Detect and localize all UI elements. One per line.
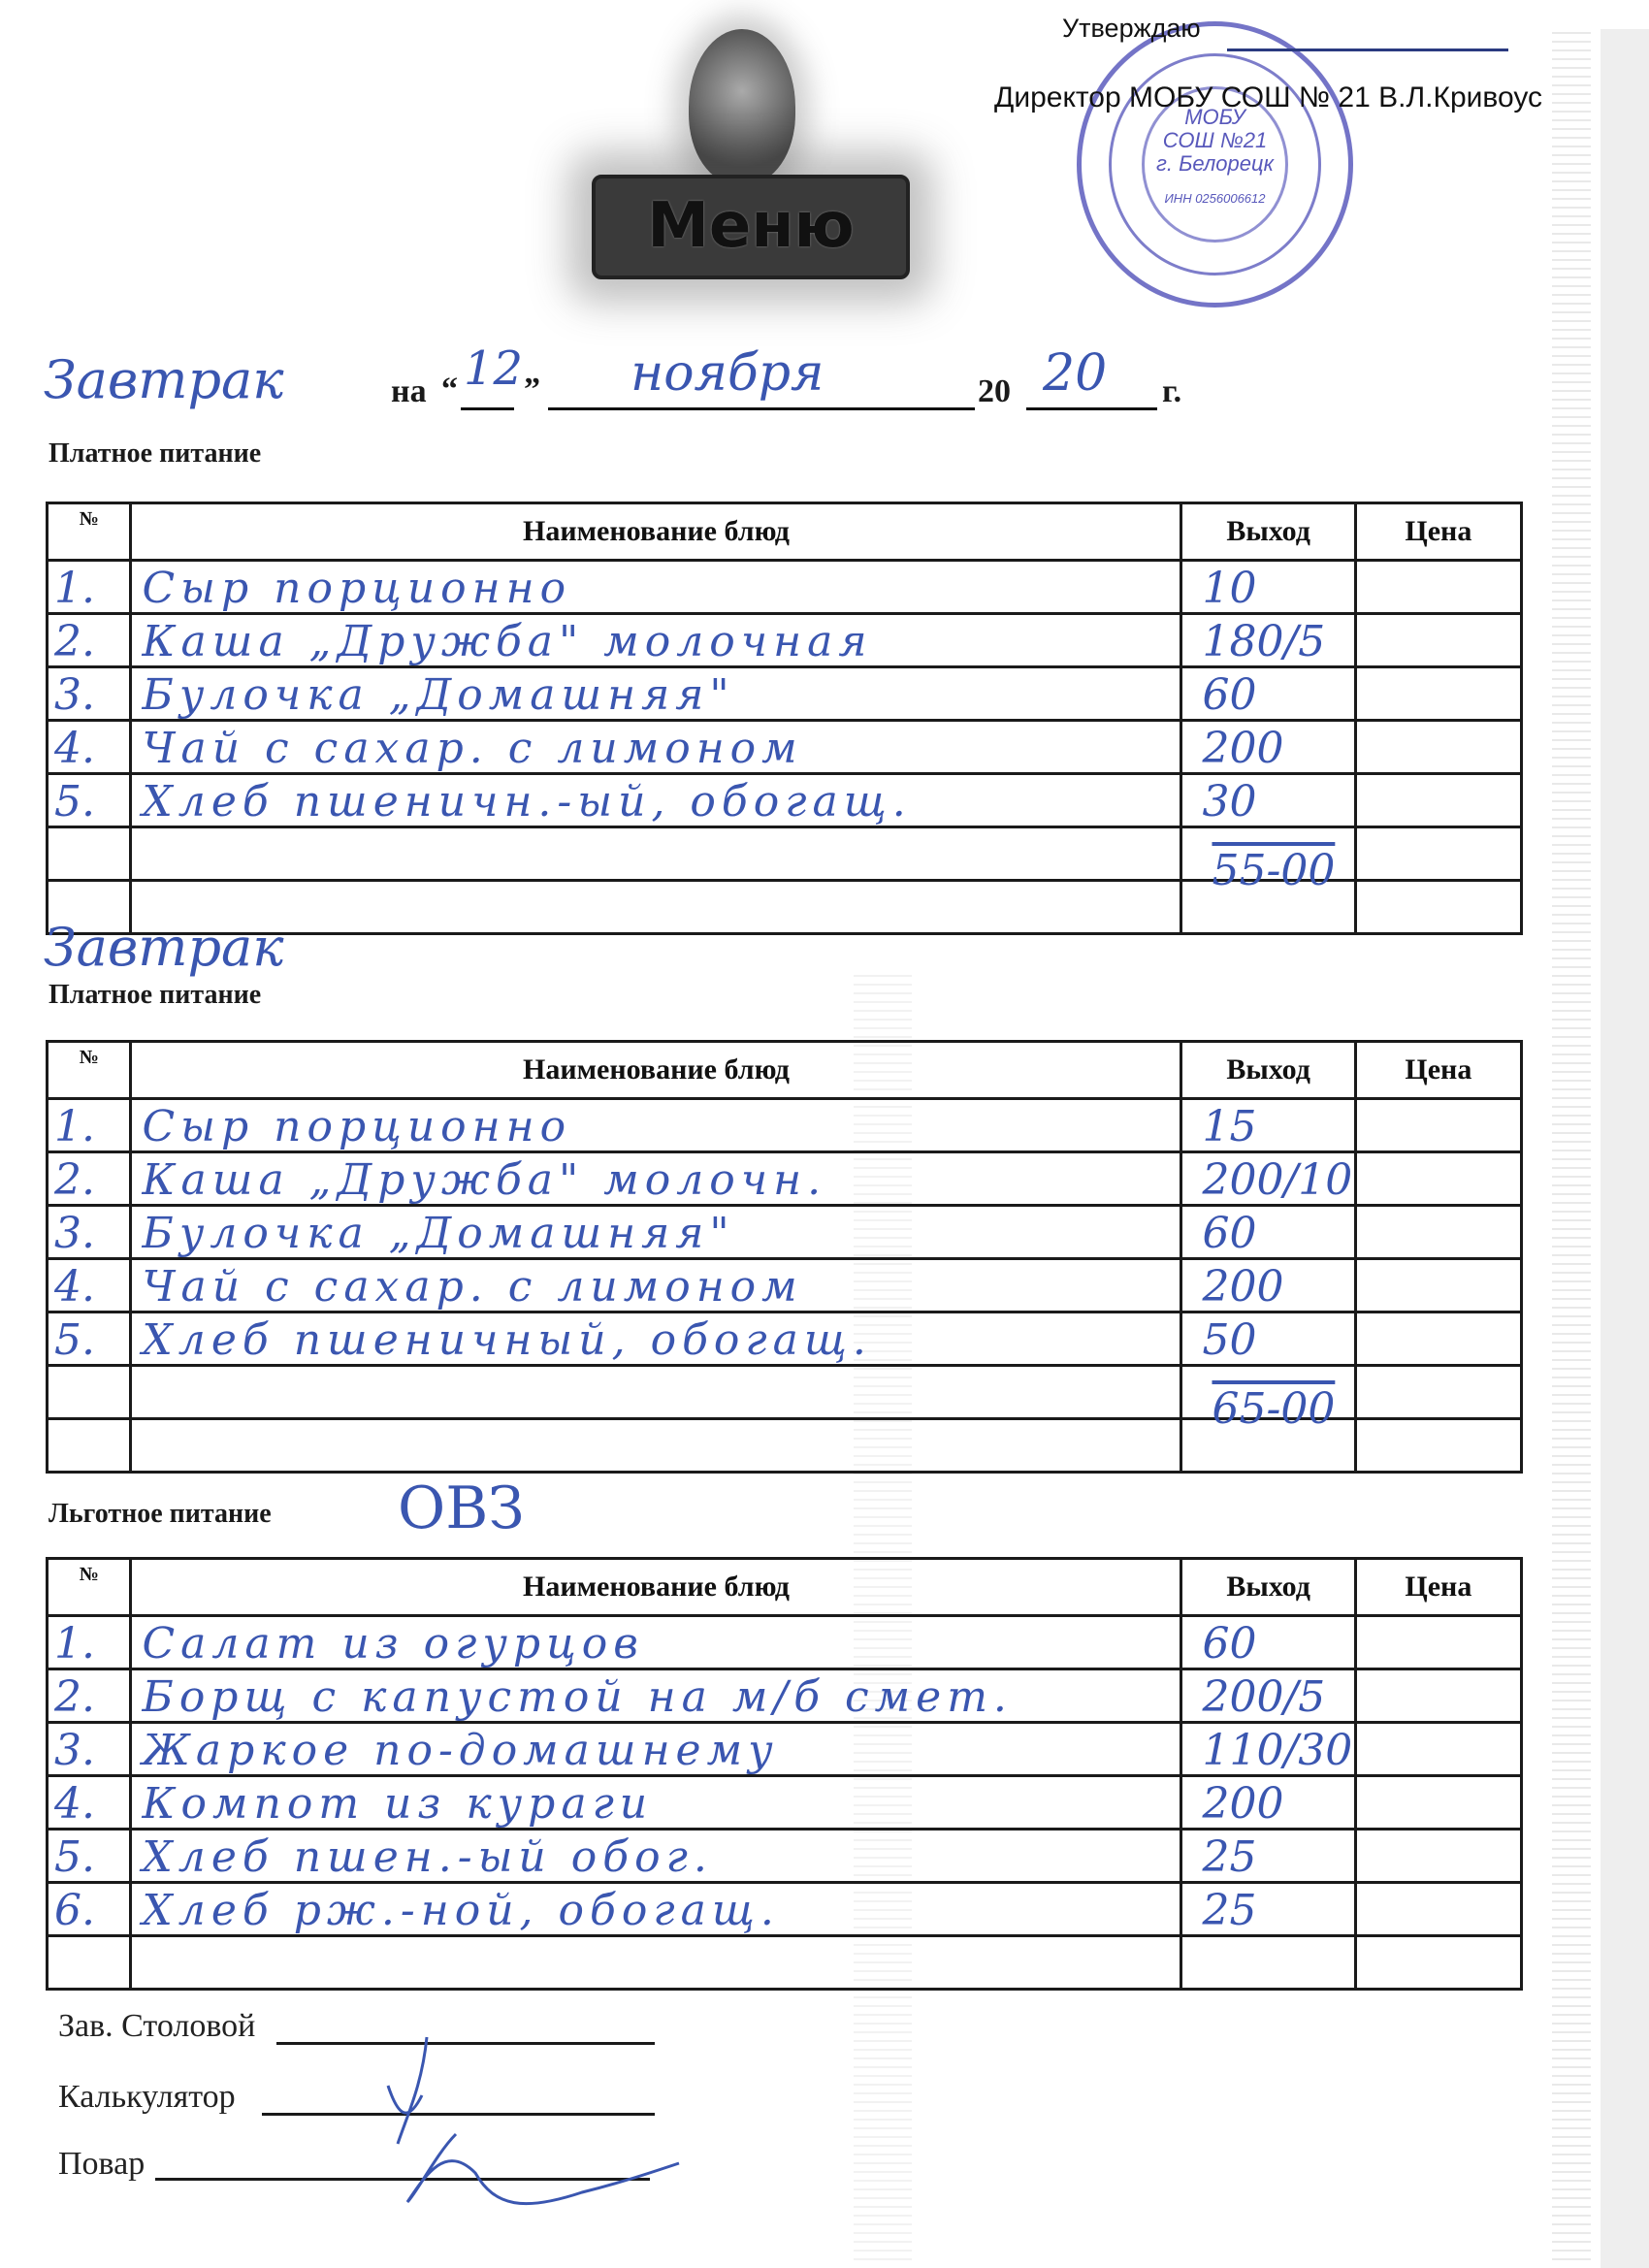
table-header: № Наименование блюд Выход Цена xyxy=(48,1042,1522,1099)
dish-name: Компот из кураги xyxy=(142,1783,653,1826)
dish-name-cell: Сыр порционно xyxy=(131,1099,1181,1152)
dish-output: 30 xyxy=(1202,781,1256,824)
row-number-cell: 3. xyxy=(48,1723,131,1776)
date-year-prefix: 20 xyxy=(978,373,1011,410)
dish-output-cell: 65-00 xyxy=(1181,1366,1355,1419)
approve-signature-line xyxy=(1227,49,1508,51)
row-number: 3. xyxy=(54,674,95,717)
dish-output: 60 xyxy=(1202,674,1256,717)
director-line: Директор МОБУ СОШ № 21 В.Л.Кривоус xyxy=(994,81,1542,114)
row-number-cell xyxy=(48,1419,131,1473)
section-label-3: Льготное питание xyxy=(48,1499,272,1530)
dish-price-cell xyxy=(1355,1099,1521,1152)
dish-name-cell: Булочка „Домашняя" xyxy=(131,1206,1181,1259)
dish-output: 15 xyxy=(1202,1106,1256,1149)
row-number: 2. xyxy=(54,621,95,664)
row-number-cell: 1. xyxy=(48,1099,131,1152)
dish-name: Чай с сахар. с лимоном xyxy=(142,728,802,770)
dish-name-cell: Хлеб пшеничный, обогащ. xyxy=(131,1312,1181,1366)
row-number: 1. xyxy=(54,1106,95,1149)
dish-name-cell xyxy=(131,827,1181,881)
logo-board: Меню xyxy=(592,175,910,279)
dish-output: 60 xyxy=(1202,1213,1256,1255)
dish-name-cell: Салат из огурцов xyxy=(131,1616,1181,1669)
row-number-cell xyxy=(48,827,131,881)
col-output: Выход xyxy=(1181,1559,1355,1616)
row-number: 2. xyxy=(54,1676,95,1719)
dish-output-cell: 200 xyxy=(1181,1776,1355,1830)
table-row: 5.Хлеб пшеничный, обогащ.50 xyxy=(48,1312,1522,1366)
date-prefix: на xyxy=(391,373,427,410)
table-row: 3.Жаркое по-домашнему110/30 xyxy=(48,1723,1522,1776)
dish-name-cell: Борщ с капустой на м/б смет. xyxy=(131,1669,1181,1723)
row-number-cell: 5. xyxy=(48,774,131,827)
dish-price-cell xyxy=(1355,721,1521,774)
col-num: № xyxy=(48,1042,131,1099)
table-row: 2.Борщ с капустой на м/б смет.200/5 xyxy=(48,1669,1522,1723)
dish-name-cell: Сыр порционно xyxy=(131,561,1181,614)
dish-name-cell: Хлеб пшеничн.-ый, обогащ. xyxy=(131,774,1181,827)
signature-label-cook: Повар xyxy=(58,2146,145,2183)
dish-output: 60 xyxy=(1202,1623,1256,1666)
dish-name: Сыр порционно xyxy=(142,567,571,610)
table-row xyxy=(48,1936,1522,1990)
col-name: Наименование блюд xyxy=(131,1042,1181,1099)
menu-table-2: № Наименование блюд Выход Цена 1.Сыр пор… xyxy=(46,1040,1523,1474)
dish-output: 180/5 xyxy=(1202,621,1325,664)
dish-output-cell: 30 xyxy=(1181,774,1355,827)
dish-output-cell: 60 xyxy=(1181,1616,1355,1669)
dish-output: 50 xyxy=(1202,1319,1256,1362)
row-number: 3. xyxy=(54,1213,95,1255)
dish-price-cell xyxy=(1355,667,1521,721)
dish-name-cell: Хлеб рж.-ной, обогащ. xyxy=(131,1883,1181,1936)
dish-price-cell xyxy=(1355,1366,1521,1419)
meal-title-2: Завтрак xyxy=(44,917,283,978)
table-row: 1.Сыр порционно10 xyxy=(48,561,1522,614)
dish-name-cell xyxy=(131,1936,1181,1990)
dish-price-cell xyxy=(1355,1936,1521,1990)
row-number-cell: 4. xyxy=(48,721,131,774)
row-number: 4. xyxy=(54,1266,95,1309)
table-row: 6.Хлеб рж.-ной, обогащ.25 xyxy=(48,1883,1522,1936)
dish-output-cell: 200/5 xyxy=(1181,1669,1355,1723)
dish-price-cell xyxy=(1355,827,1521,881)
dish-output-cell: 25 xyxy=(1181,1830,1355,1883)
dish-name: Хлеб пшеничный, обогащ. xyxy=(142,1319,871,1362)
dish-price-cell xyxy=(1355,1723,1521,1776)
dish-name-cell xyxy=(131,1419,1181,1473)
row-number-cell: 3. xyxy=(48,667,131,721)
stamp-line3: г. Белорецк xyxy=(1082,152,1348,176)
date-suffix: г. xyxy=(1162,373,1181,410)
dish-output: 200 xyxy=(1202,1266,1283,1309)
menu-logo: Меню xyxy=(553,29,941,301)
col-name: Наименование блюд xyxy=(131,503,1181,561)
table-header: № Наименование блюд Выход Цена xyxy=(48,503,1522,561)
dish-name-cell: Каша „Дружба" молочн. xyxy=(131,1152,1181,1206)
date-day-line xyxy=(461,407,514,410)
dish-output-cell: 50 xyxy=(1181,1312,1355,1366)
scan-noise xyxy=(1552,29,1591,2260)
dish-name: Булочка „Домашняя" xyxy=(142,1213,734,1255)
dish-output-cell xyxy=(1181,881,1355,934)
dish-name-cell: Булочка „Домашняя" xyxy=(131,667,1181,721)
dish-output-cell xyxy=(1181,1936,1355,1990)
dish-output-cell: 60 xyxy=(1181,1206,1355,1259)
dish-price-cell xyxy=(1355,1776,1521,1830)
dish-price-cell xyxy=(1355,1259,1521,1312)
row-number-cell: 1. xyxy=(48,561,131,614)
table-row: 5.Хлеб пшеничн.-ый, обогащ.30 xyxy=(48,774,1522,827)
dish-output: 25 xyxy=(1202,1836,1256,1879)
menu-table-1: № Наименование блюд Выход Цена 1.Сыр пор… xyxy=(46,502,1523,935)
row-number-cell: 4. xyxy=(48,1259,131,1312)
approve-label: Утверждаю xyxy=(1062,14,1201,44)
table-row: 1.Сыр порционно15 xyxy=(48,1099,1522,1152)
dish-output: 10 xyxy=(1202,567,1256,610)
dish-price-cell xyxy=(1355,1669,1521,1723)
dish-name: Жаркое по-домашнему xyxy=(142,1730,778,1772)
dish-output-cell: 15 xyxy=(1181,1099,1355,1152)
table-row xyxy=(48,1419,1522,1473)
section-label-2: Платное питание xyxy=(48,980,261,1011)
col-num: № xyxy=(48,1559,131,1616)
dish-output-cell: 200 xyxy=(1181,721,1355,774)
dish-output-cell: 200 xyxy=(1181,1259,1355,1312)
dish-name: Борщ с капустой на м/б смет. xyxy=(142,1676,1012,1719)
dish-output-cell: 200/10 xyxy=(1181,1152,1355,1206)
section-label-1: Платное питание xyxy=(48,438,261,470)
meal-title-1: Завтрак xyxy=(44,349,283,410)
col-name: Наименование блюд xyxy=(131,1559,1181,1616)
row-number: 3. xyxy=(54,1730,95,1772)
menu-table-3: № Наименование блюд Выход Цена 1.Салат и… xyxy=(46,1557,1523,1991)
signature-label-calculator: Калькулятор xyxy=(58,2079,236,2116)
row-number: 5. xyxy=(54,781,95,824)
dish-price-cell xyxy=(1355,561,1521,614)
stamp-line2: СОШ №21 xyxy=(1082,129,1348,152)
row-number-cell: 2. xyxy=(48,614,131,667)
dish-output: 200/10 xyxy=(1202,1159,1352,1202)
col-output: Выход xyxy=(1181,1042,1355,1099)
col-price: Цена xyxy=(1355,503,1521,561)
dish-price-cell xyxy=(1355,1312,1521,1366)
dish-name: Сыр порционно xyxy=(142,1106,571,1149)
dish-name: Хлеб пшен.-ый обог. xyxy=(142,1836,712,1879)
dish-name: Хлеб рж.-ной, обогащ. xyxy=(142,1890,779,1932)
chef-icon xyxy=(689,29,795,184)
table-header: № Наименование блюд Выход Цена xyxy=(48,1559,1522,1616)
table-row: 2.Каша „Дружба" молочная180/5 xyxy=(48,614,1522,667)
dish-name-cell: Каша „Дружба" молочная xyxy=(131,614,1181,667)
dish-output-cell: 180/5 xyxy=(1181,614,1355,667)
table-row: 3.Булочка „Домашняя"60 xyxy=(48,1206,1522,1259)
dish-output: 200 xyxy=(1202,728,1283,770)
row-number-cell: 1. xyxy=(48,1616,131,1669)
dish-output-cell: 110/30 xyxy=(1181,1723,1355,1776)
row-number: 2. xyxy=(54,1159,95,1202)
dish-output: 200/5 xyxy=(1202,1676,1325,1719)
table-row: 65-00 xyxy=(48,1366,1522,1419)
dish-name-cell: Компот из кураги xyxy=(131,1776,1181,1830)
dish-name: Хлеб пшеничн.-ый, обогащ. xyxy=(142,781,911,824)
date-month-line xyxy=(548,407,975,410)
dish-name: Салат из огурцов xyxy=(142,1623,643,1666)
row-number-cell: 5. xyxy=(48,1830,131,1883)
row-number-cell xyxy=(48,1366,131,1419)
date-year-line xyxy=(1026,407,1157,410)
dish-name: Чай с сахар. с лимоном xyxy=(142,1266,802,1309)
table-row: 2.Каша „Дружба" молочн.200/10 xyxy=(48,1152,1522,1206)
dish-output-cell xyxy=(1181,1419,1355,1473)
date-day: 12 xyxy=(464,341,523,396)
row-number: 1. xyxy=(54,567,95,610)
date-year-suffix: 20 xyxy=(1043,344,1107,403)
signature-label-head: Зав. Столовой xyxy=(58,2008,255,2045)
row-number: 5. xyxy=(54,1836,95,1879)
row-number-cell: 4. xyxy=(48,1776,131,1830)
dish-price-cell xyxy=(1355,1419,1521,1473)
dish-price-cell xyxy=(1355,774,1521,827)
handwritten-signature xyxy=(330,2027,698,2221)
dish-price-cell xyxy=(1355,1830,1521,1883)
row-number-cell: 6. xyxy=(48,1883,131,1936)
dish-output-cell: 55-00 xyxy=(1181,827,1355,881)
dish-price-cell xyxy=(1355,1152,1521,1206)
dish-price-cell xyxy=(1355,614,1521,667)
dish-name-cell xyxy=(131,881,1181,934)
row-number-cell: 5. xyxy=(48,1312,131,1366)
col-num: № xyxy=(48,503,131,561)
dish-name-cell: Чай с сахар. с лимоном xyxy=(131,1259,1181,1312)
col-price: Цена xyxy=(1355,1042,1521,1099)
dish-name: Булочка „Домашняя" xyxy=(142,674,734,717)
date-month: ноября xyxy=(630,344,824,403)
meal-title-3: ОВЗ xyxy=(398,1474,525,1542)
dish-output-cell: 60 xyxy=(1181,667,1355,721)
scan-edge xyxy=(1600,29,1649,2268)
logo-text: Меню xyxy=(596,190,906,262)
table-row: 55-00 xyxy=(48,827,1522,881)
table-row: 1.Салат из огурцов60 xyxy=(48,1616,1522,1669)
dish-price-cell xyxy=(1355,1206,1521,1259)
col-output: Выход xyxy=(1181,503,1355,561)
dish-price-cell xyxy=(1355,881,1521,934)
table-row: 4.Чай с сахар. с лимоном200 xyxy=(48,1259,1522,1312)
dish-output-cell: 25 xyxy=(1181,1883,1355,1936)
dish-price-cell xyxy=(1355,1616,1521,1669)
row-number-cell: 2. xyxy=(48,1669,131,1723)
row-number: 6. xyxy=(54,1890,95,1932)
dish-name: Каша „Дружба" молочная xyxy=(142,621,872,664)
row-number: 5. xyxy=(54,1319,95,1362)
row-number-cell xyxy=(48,1936,131,1990)
row-number: 1. xyxy=(54,1623,95,1666)
row-number: 4. xyxy=(54,1783,95,1826)
table-row: 4.Чай с сахар. с лимоном200 xyxy=(48,721,1522,774)
dish-output: 110/30 xyxy=(1202,1730,1352,1772)
dish-name-cell xyxy=(131,1366,1181,1419)
dish-output-cell: 10 xyxy=(1181,561,1355,614)
dish-output: 200 xyxy=(1202,1783,1283,1826)
dish-price-cell xyxy=(1355,1883,1521,1936)
table-row: 3.Булочка „Домашняя"60 xyxy=(48,667,1522,721)
stamp-inn: ИНН 0256006612 xyxy=(1082,187,1348,211)
dish-name-cell: Чай с сахар. с лимоном xyxy=(131,721,1181,774)
dish-output: 25 xyxy=(1202,1890,1256,1932)
col-price: Цена xyxy=(1355,1559,1521,1616)
row-number-cell: 3. xyxy=(48,1206,131,1259)
row-number: 4. xyxy=(54,728,95,770)
official-stamp: МОБУ СОШ №21 г. Белорецк ИНН 0256006612 xyxy=(1077,21,1353,308)
dish-name: Каша „Дружба" молочн. xyxy=(142,1159,826,1202)
table-row: 5.Хлеб пшен.-ый обог.25 xyxy=(48,1830,1522,1883)
table-row: 4.Компот из кураги200 xyxy=(48,1776,1522,1830)
dish-name-cell: Жаркое по-домашнему xyxy=(131,1723,1181,1776)
dish-name-cell: Хлеб пшен.-ый обог. xyxy=(131,1830,1181,1883)
row-number-cell: 2. xyxy=(48,1152,131,1206)
